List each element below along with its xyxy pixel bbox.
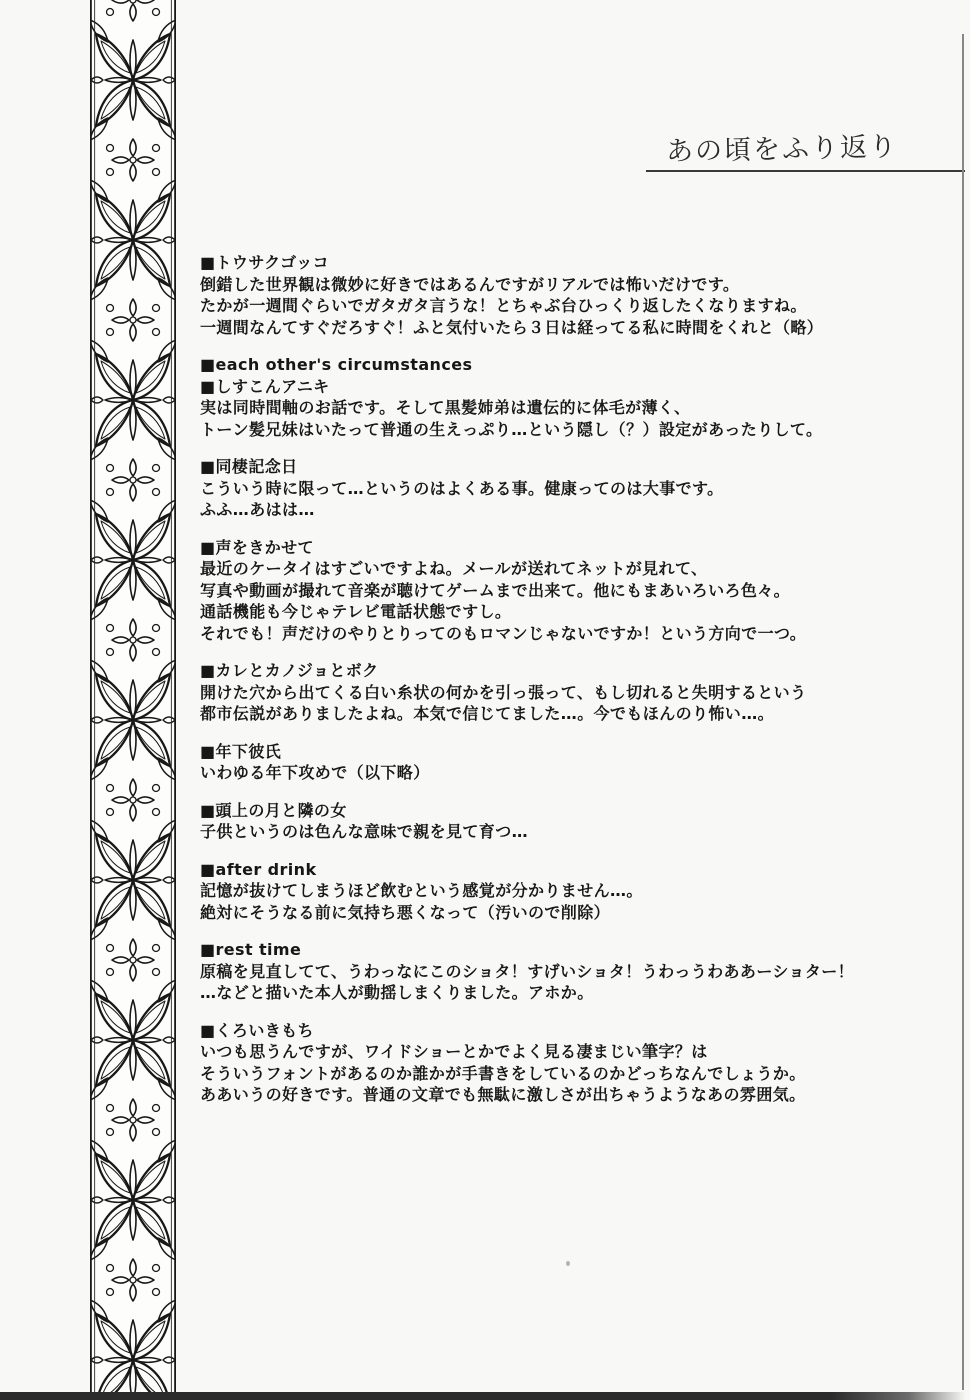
section-header: ■頭上の月と隣の女	[200, 800, 890, 822]
section-header: ■声をきかせて	[200, 537, 890, 559]
section-text-line: …などと描いた本人が動揺しまくりました。アホか。	[200, 982, 890, 1004]
title-underline-rule	[646, 170, 965, 172]
afterword-section: ■rest time原稿を見直してて、うわっなにこのショタ！すげいショタ！うわっ…	[200, 939, 890, 1004]
afterword-section: ■each other's circumstances■しすこんアニキ実は同時間…	[200, 354, 890, 440]
section-header: ■くろいきもち	[200, 1020, 890, 1042]
section-header: ■年下彼氏	[200, 741, 890, 763]
section-text-line: 子供というのは色んな意味で親を見て育つ…	[200, 821, 890, 843]
section-header: ■しすこんアニキ	[200, 376, 890, 398]
section-text-line: こういう時に限って…というのはよくある事。健康ってのは大事です。	[200, 478, 890, 500]
dust-speck	[566, 1261, 570, 1266]
afterword-section: ■頭上の月と隣の女子供というのは色んな意味で親を見て育つ…	[200, 800, 890, 843]
section-text-line: ああいうの好きです。普通の文章でも無駄に激しさが出ちゃうようなあの雰囲気。	[200, 1084, 890, 1106]
page-title: あの頃をふり返り	[666, 125, 899, 169]
afterword-section: ■after drink記憶が抜けてしまうほど飲むという感覚が分かりません…。絶…	[200, 859, 890, 924]
foliate-pattern-icon	[90, 0, 176, 1400]
section-text-line: いつも思うんですが、ワイドショーとかでよく見る凄まじい筆字？は	[200, 1041, 890, 1063]
section-text-line: 写真や動画が撮れて音楽が聴けてゲームまで出来て。他にもまあいろいろ色々。	[200, 580, 890, 602]
section-text-line: ふふ…あはは…	[200, 499, 890, 521]
section-header: ■after drink	[200, 859, 890, 881]
section-header: ■同棲記念日	[200, 456, 890, 478]
section-text-line: 最近のケータイはすごいですよね。メールが送れてネットが見れて、	[200, 558, 890, 580]
section-text-line: たかが一週間ぐらいでガタガタ言うな！とちゃぶ台ひっくり返したくなりますね。	[200, 295, 890, 317]
section-text-line: 都市伝説がありましたよね。本気で信じてました…。今でもほんのり怖い…。	[200, 703, 890, 725]
afterword-section: ■声をきかせて最近のケータイはすごいですよね。メールが送れてネットが見れて、写真…	[200, 537, 890, 645]
afterword-section: ■カレとカノジョとボク開けた穴から出てくる白い糸状の何かを引っ張って、もし切れる…	[200, 660, 890, 725]
section-text-line: 倒錯した世界観は微妙に好きではあるんですがリアルでは怖いだけです。	[200, 274, 890, 296]
section-text-line: 開けた穴から出てくる白い糸状の何かを引っ張って、もし切れると失明するという	[200, 682, 890, 704]
afterword-section: ■トウサクゴッコ倒錯した世界観は微妙に好きではあるんですがリアルでは怖いだけです…	[200, 252, 890, 338]
section-text-line: 通話機能も今じゃテレビ電話状態ですし。	[200, 601, 890, 623]
ornamental-border	[90, 0, 176, 1400]
section-text-line: そういうフォントがあるのか誰かが手書きをしているのかどっちなんでしょうか。	[200, 1063, 890, 1085]
section-text-line: 原稿を見直してて、うわっなにこのショタ！すげいショタ！うわっうわああーショター！	[200, 961, 890, 983]
section-header: ■トウサクゴッコ	[200, 252, 890, 274]
section-text-line: 絶対にそうなる前に気持ち悪くなって（汚いので削除）	[200, 902, 890, 924]
section-text-line: トーン髪兄妹はいたって普通の生えっぷり…という隠し（？）設定があったりして。	[200, 419, 890, 441]
afterword-text-column: ■トウサクゴッコ倒錯した世界観は微妙に好きではあるんですがリアルでは怖いだけです…	[200, 252, 890, 1122]
section-text-line: それでも！声だけのやりとりってのもロマンじゃないですか！という方向で一つ。	[200, 623, 890, 645]
section-text-line: 一週間なんてすぐだろすぐ！ふと気付いたら３日は経ってる私に時間をくれと（略）	[200, 317, 890, 339]
scanned-afterword-page: { "page": { "title": "あの頃をふり返り" }, "sect…	[0, 0, 970, 1400]
section-text-line: 記憶が抜けてしまうほど飲むという感覚が分かりません…。	[200, 880, 890, 902]
section-text-line: 実は同時間軸のお話です。そして黒髪姉弟は遺伝的に体毛が薄く、	[200, 397, 890, 419]
afterword-section: ■同棲記念日こういう時に限って…というのはよくある事。健康ってのは大事です。ふふ…	[200, 456, 890, 521]
section-header: ■rest time	[200, 939, 890, 961]
section-text-line: いわゆる年下攻めで（以下略）	[200, 762, 890, 784]
section-header: ■each other's circumstances	[200, 354, 890, 376]
afterword-section: ■年下彼氏いわゆる年下攻めで（以下略）	[200, 741, 890, 784]
scan-edge-right	[962, 34, 964, 1390]
section-header: ■カレとカノジョとボク	[200, 660, 890, 682]
afterword-section: ■くろいきもちいつも思うんですが、ワイドショーとかでよく見る凄まじい筆字？はそう…	[200, 1020, 890, 1106]
scan-edge-bottom	[0, 1392, 966, 1400]
